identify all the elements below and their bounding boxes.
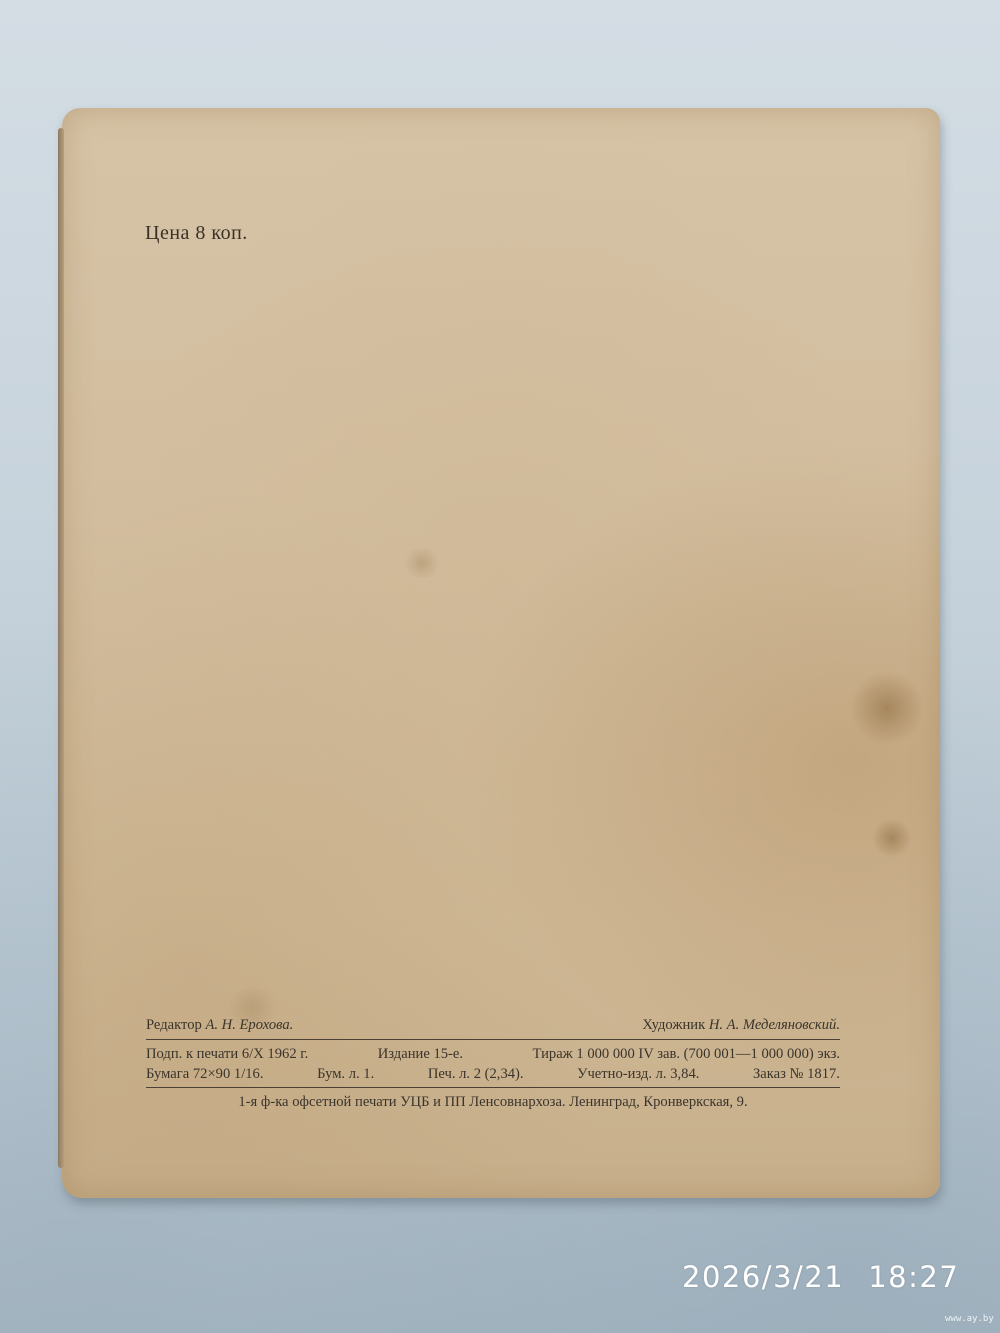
site-watermark: www.ay.by xyxy=(945,1314,994,1324)
edition-number: Издание 15-е. xyxy=(378,1044,463,1064)
paper-sheets: Бум. л. 1. xyxy=(317,1064,374,1084)
photo-timestamp: 2026/3/2118:27 xyxy=(682,1260,959,1294)
printer-line: 1-я ф-ка офсетной печати УЦБ и ПП Ленсов… xyxy=(146,1092,840,1112)
paper-stain xyxy=(852,668,922,748)
paper-format: Бумага 72×90 1/16. xyxy=(146,1064,264,1084)
timestamp-time: 18:27 xyxy=(868,1260,959,1294)
imprint-line-2: Бумага 72×90 1/16. Бум. л. 1. Печ. л. 2 … xyxy=(146,1064,840,1084)
divider-bottom xyxy=(146,1087,840,1088)
imprint-line-1: Подп. к печати 6/X 1962 г. Издание 15-е.… xyxy=(146,1044,840,1064)
imprint-block: Редактор А. Н. Ерохова. Художник Н. А. М… xyxy=(146,1014,840,1112)
divider-top xyxy=(146,1039,840,1040)
editor-label: Редактор xyxy=(146,1017,202,1033)
paper-stain xyxy=(402,548,442,578)
paper-stain xyxy=(872,818,912,858)
editor-credit: Редактор А. Н. Ерохова. xyxy=(146,1017,293,1034)
publisher-sheets: Учетно-изд. л. 3,84. xyxy=(577,1064,699,1084)
artist-credit: Художник Н. А. Меделяновский. xyxy=(642,1017,840,1034)
editor-name: А. Н. Ерохова. xyxy=(205,1017,293,1033)
print-sheets: Печ. л. 2 (2,34). xyxy=(428,1064,524,1084)
signed-to-print: Подп. к печати 6/X 1962 г. xyxy=(146,1044,308,1064)
timestamp-date: 2026/3/21 xyxy=(682,1260,844,1294)
credits-row: Редактор А. Н. Ерохова. Художник Н. А. М… xyxy=(146,1014,840,1036)
price-label: Цена 8 коп. xyxy=(145,222,248,245)
order-number: Заказ № 1817. xyxy=(753,1064,840,1084)
print-run: Тираж 1 000 000 IV зав. (700 001—1 000 0… xyxy=(533,1044,840,1064)
artist-label: Художник xyxy=(642,1017,705,1033)
artist-name: Н. А. Меделяновский. xyxy=(709,1017,840,1033)
